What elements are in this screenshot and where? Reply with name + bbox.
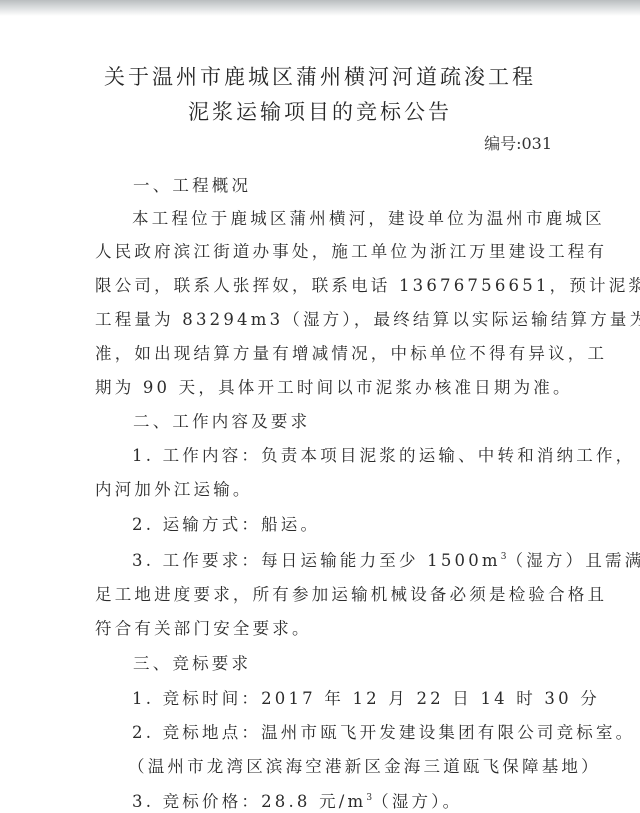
section-3-item-3-text-post: （湿方）。 [372,792,462,811]
section-2-item-3-line-1: 3. 工作要求：每日运输能力至少 1500m3（湿方）且需满 [132,547,594,571]
section-2-item-3-line-2: 足工地进度要求，所有参加运输机械设备必须是检验合格且 [95,581,557,605]
section-1-paragraph-line: 工程量为 83294m3（湿方），最终结算以实际运输结算方量为 [95,306,557,330]
document-title-line-2: 泥浆运输项目的竞标公告 [0,96,640,126]
section-1-paragraph-line: 人民政府滨江街道办事处，施工单位为浙江万里建设工程有 [95,238,557,262]
document-number: 编号:031 [484,131,552,154]
section-3-item-3-line-1: 3. 竞标价格：28.8 元/m3（湿方）。 [132,788,594,812]
section-2-item-2-line-1: 2. 运输方式：船运。 [132,511,594,535]
section-3-item-1-line-1: 1. 竞标时间：2017 年 12 月 22 日 14 时 30 分 [132,685,594,709]
section-2-item-3-text-post: （湿方）且需满 [507,551,640,570]
section-2-item-3-text-pre: 3. 工作要求：每日运输能力至少 1500m [132,551,501,570]
section-2-item-1-line-2: 内河加外江运输。 [95,476,557,500]
document-page: 关于温州市鹿城区蒲州横河河道疏浚工程 泥浆运输项目的竞标公告 编号:031 一、… [0,0,640,813]
document-title-line-1: 关于温州市鹿城区蒲州横河河道疏浚工程 [0,61,640,91]
section-1-paragraph-line: 准，如出现结算方量有增减情况，中标单位不得有异议，工 [95,340,557,364]
section-1-paragraph-line: 本工程位于鹿城区蒲州横河，建设单位为温州市鹿城区 [132,205,594,229]
section-3-item-2-line-2: （温州市龙湾区滨海空港新区金海三道瓯飞保障基地） [128,753,640,777]
section-3-heading: 三、竞标要求 [133,650,595,674]
section-2-item-3-line-3: 符合有关部门安全要求。 [95,615,557,639]
section-3-item-2-line-1: 2. 竞标地点：温州市瓯飞开发建设集团有限公司竞标室。 [132,719,640,743]
section-2-item-1-line-1: 1. 工作内容：负责本项目泥浆的运输、中转和消纳工作， [132,442,594,466]
section-1-paragraph-line: 限公司，联系人张挥奴，联系电话 13676756651，预计泥浆 [95,272,557,296]
section-1-heading: 一、工程概况 [133,172,595,196]
section-1-paragraph-line: 期为 90 天，具体开工时间以市泥浆办核准日期为准。 [95,374,557,398]
section-2-heading: 二、工作内容及要求 [133,408,595,432]
section-3-item-3-text-pre: 3. 竞标价格：28.8 元/m [132,792,366,811]
